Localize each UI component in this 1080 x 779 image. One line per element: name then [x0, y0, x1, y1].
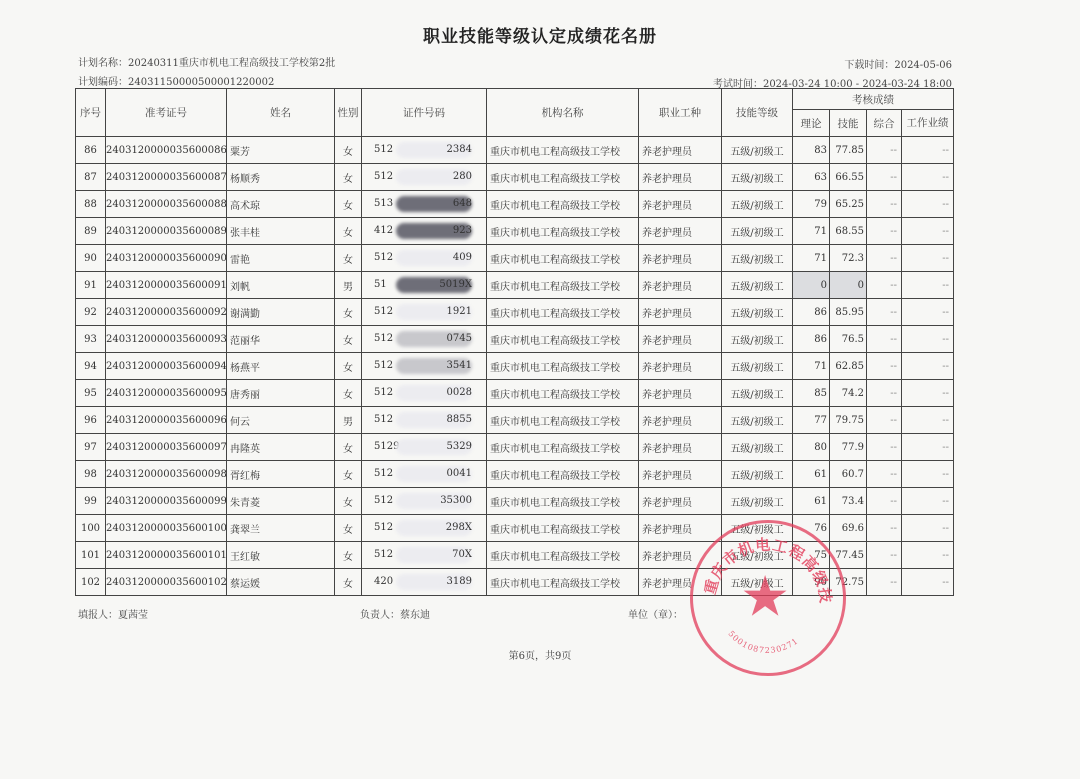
cell-work: --: [902, 461, 954, 488]
cell-skill-level: 五级/初级工: [722, 353, 793, 380]
cell-institution: 重庆市机电工程高级技工学校: [487, 245, 639, 272]
header-ticket: 准考证号: [106, 89, 227, 137]
cell-work: --: [902, 299, 954, 326]
id-suffix: 3541: [447, 360, 472, 371]
cell-comprehensive: --: [867, 299, 902, 326]
cell-gender: 女: [335, 137, 362, 164]
cell-skill: 72.3: [830, 245, 867, 272]
cell-comprehensive: --: [867, 542, 902, 569]
cell-gender: 女: [335, 488, 362, 515]
id-suffix: 0041: [447, 468, 472, 479]
cell-gender: 女: [335, 218, 362, 245]
table-row: 922403120000035600092谢满勤女5121921重庆市机电工程高…: [76, 299, 954, 326]
cell-skill: 72.75: [830, 569, 867, 596]
header-institution: 机构名称: [487, 89, 639, 137]
id-suffix: 5329: [447, 441, 472, 452]
unit-seal-label: 单位（章）：: [628, 606, 683, 621]
cell-theory: 75: [793, 542, 830, 569]
cell-gender: 女: [335, 380, 362, 407]
cell-gender: 女: [335, 461, 362, 488]
pagination: 第6页，共9页: [0, 647, 1080, 662]
cell-work: --: [902, 272, 954, 299]
cell-occupation: 养老护理员: [639, 353, 722, 380]
cell-ticket: 2403120000035600086: [106, 137, 227, 164]
table-row: 982403120000035600098胥红梅女5120041重庆市机电工程高…: [76, 461, 954, 488]
cell-id-number: 5120028: [362, 380, 487, 407]
cell-skill: 65.25: [830, 191, 867, 218]
cell-theory: 83: [793, 137, 830, 164]
cell-ticket: 2403120000035600101: [106, 542, 227, 569]
cell-seq: 91: [76, 272, 106, 299]
cell-gender: 女: [335, 164, 362, 191]
cell-seq: 90: [76, 245, 106, 272]
cell-occupation: 养老护理员: [639, 461, 722, 488]
cell-work: --: [902, 515, 954, 542]
cell-ticket: 2403120000035600087: [106, 164, 227, 191]
cell-occupation: 养老护理员: [639, 380, 722, 407]
cell-institution: 重庆市机电工程高级技工学校: [487, 164, 639, 191]
cell-theory: 85: [793, 380, 830, 407]
cell-ticket: 2403120000035600090: [106, 245, 227, 272]
id-suffix: 298X: [446, 522, 472, 533]
cell-seq: 93: [76, 326, 106, 353]
header-scores-group: 考核成绩: [793, 89, 954, 110]
cell-id-number: 5121921: [362, 299, 487, 326]
cell-seq: 87: [76, 164, 106, 191]
table-row: 992403120000035600099朱青菱女51235300重庆市机电工程…: [76, 488, 954, 515]
header-id-number: 证件号码: [362, 89, 487, 137]
cell-occupation: 养老护理员: [639, 407, 722, 434]
cell-seq: 97: [76, 434, 106, 461]
score-roster-table: 序号 准考证号 姓名 性别 证件号码 机构名称 职业工种 技能等级 考核成绩 理…: [75, 88, 954, 596]
header-gender: 性别: [335, 89, 362, 137]
cell-comprehensive: --: [867, 245, 902, 272]
table-row: 862403120000035600086粟芳女5122384重庆市机电工程高级…: [76, 137, 954, 164]
cell-work: --: [902, 218, 954, 245]
cell-occupation: 养老护理员: [639, 542, 722, 569]
id-suffix: 3189: [447, 576, 472, 587]
cell-skill-level: 五级/初级工: [722, 488, 793, 515]
id-prefix: 512: [374, 252, 393, 263]
cell-seq: 99: [76, 488, 106, 515]
id-suffix: 1921: [447, 306, 472, 317]
cell-work: --: [902, 542, 954, 569]
cell-occupation: 养老护理员: [639, 164, 722, 191]
cell-institution: 重庆市机电工程高级技工学校: [487, 488, 639, 515]
table-row: 882403120000035600088高术琼女513648重庆市机电工程高级…: [76, 191, 954, 218]
id-suffix: 2384: [447, 144, 472, 155]
cell-skill: 77.9: [830, 434, 867, 461]
cell-occupation: 养老护理员: [639, 137, 722, 164]
cell-id-number: 5123541: [362, 353, 487, 380]
cell-comprehensive: --: [867, 569, 902, 596]
cell-skill-level: 五级/初级工: [722, 569, 793, 596]
cell-skill-level: 五级/初级工: [722, 272, 793, 299]
cell-name: 龚翠兰: [227, 515, 335, 542]
document-title: 职业技能等级认定成绩花名册: [0, 22, 1080, 47]
table-row: 942403120000035600094杨燕平女5123541重庆市机电工程高…: [76, 353, 954, 380]
filler-label: 填报人：夏茜莹: [78, 606, 148, 621]
cell-name: 朱青菱: [227, 488, 335, 515]
cell-name: 杨顺秀: [227, 164, 335, 191]
cell-gender: 女: [335, 353, 362, 380]
cell-institution: 重庆市机电工程高级技工学校: [487, 218, 639, 245]
cell-theory: 61: [793, 461, 830, 488]
cell-gender: 女: [335, 434, 362, 461]
cell-work: --: [902, 191, 954, 218]
id-prefix: 512: [374, 306, 393, 317]
cell-name: 刘帆: [227, 272, 335, 299]
cell-id-number: 512298X: [362, 515, 487, 542]
download-time: 下载时间：2024-05-06: [844, 56, 952, 71]
id-suffix: 648: [453, 198, 472, 209]
cell-name: 冉隆英: [227, 434, 335, 461]
cell-name: 王红敏: [227, 542, 335, 569]
header-skill: 技能: [830, 110, 867, 137]
cell-comprehensive: --: [867, 515, 902, 542]
cell-institution: 重庆市机电工程高级技工学校: [487, 515, 639, 542]
cell-skill: 0: [830, 272, 867, 299]
cell-skill-level: 五级/初级工: [722, 326, 793, 353]
cell-institution: 重庆市机电工程高级技工学校: [487, 434, 639, 461]
cell-work: --: [902, 353, 954, 380]
cell-gender: 女: [335, 569, 362, 596]
id-suffix: 5019X: [439, 279, 472, 290]
cell-institution: 重庆市机电工程高级技工学校: [487, 542, 639, 569]
cell-gender: 男: [335, 407, 362, 434]
cell-ticket: 2403120000035600089: [106, 218, 227, 245]
cell-comprehensive: --: [867, 272, 902, 299]
id-suffix: 923: [453, 225, 472, 236]
cell-comprehensive: --: [867, 326, 902, 353]
table-row: 892403120000035600089张丰桂女412923重庆市机电工程高级…: [76, 218, 954, 245]
cell-ticket: 2403120000035600099: [106, 488, 227, 515]
id-prefix: 512: [374, 549, 393, 560]
cell-work: --: [902, 326, 954, 353]
header-work-performance: 工作业绩: [902, 110, 954, 137]
id-suffix: 35300: [440, 495, 472, 506]
cell-skill-level: 五级/初级工: [722, 380, 793, 407]
cell-name: 何云: [227, 407, 335, 434]
cell-gender: 女: [335, 326, 362, 353]
header-seq: 序号: [76, 89, 106, 137]
cell-name: 雷艳: [227, 245, 335, 272]
table-row: 952403120000035600095唐秀丽女5120028重庆市机电工程高…: [76, 380, 954, 407]
cell-skill-level: 五级/初级工: [722, 191, 793, 218]
cell-institution: 重庆市机电工程高级技工学校: [487, 353, 639, 380]
cell-id-number: 51270X: [362, 542, 487, 569]
id-suffix: 0745: [447, 333, 472, 344]
cell-occupation: 养老护理员: [639, 488, 722, 515]
cell-skill: 85.95: [830, 299, 867, 326]
table-row: 1022403120000035600102蔡运媛女4203189重庆市机电工程…: [76, 569, 954, 596]
cell-name: 高术琼: [227, 191, 335, 218]
cell-ticket: 2403120000035600095: [106, 380, 227, 407]
cell-institution: 重庆市机电工程高级技工学校: [487, 407, 639, 434]
cell-work: --: [902, 407, 954, 434]
leader-label: 负责人：蔡东迪: [360, 606, 430, 621]
table-row: 872403120000035600087杨顺秀女512280重庆市机电工程高级…: [76, 164, 954, 191]
cell-id-number: 5120745: [362, 326, 487, 353]
cell-skill: 69.6: [830, 515, 867, 542]
id-suffix: 280: [453, 171, 472, 182]
roster-page: 职业技能等级认定成绩花名册 计划名称：20240311重庆市机电工程高级技工学校…: [0, 0, 1080, 779]
cell-work: --: [902, 245, 954, 272]
id-prefix: 512: [374, 144, 393, 155]
cell-skill: 79.75: [830, 407, 867, 434]
id-prefix: 420: [374, 576, 393, 587]
cell-id-number: 512409: [362, 245, 487, 272]
plan-name: 计划名称：20240311重庆市机电工程高级技工学校第2批: [78, 54, 335, 69]
cell-seq: 98: [76, 461, 106, 488]
cell-work: --: [902, 434, 954, 461]
cell-theory: 86: [793, 326, 830, 353]
cell-skill: 73.4: [830, 488, 867, 515]
cell-work: --: [902, 569, 954, 596]
cell-occupation: 养老护理员: [639, 272, 722, 299]
cell-ticket: 2403120000035600092: [106, 299, 227, 326]
id-prefix: 512: [374, 414, 393, 425]
cell-seq: 94: [76, 353, 106, 380]
table-row: 1012403120000035600101王红敏女51270X重庆市机电工程高…: [76, 542, 954, 569]
cell-skill: 76.5: [830, 326, 867, 353]
cell-skill-level: 五级/初级工: [722, 515, 793, 542]
cell-theory: 80: [793, 434, 830, 461]
cell-skill-level: 五级/初级工: [722, 542, 793, 569]
cell-institution: 重庆市机电工程高级技工学校: [487, 461, 639, 488]
cell-ticket: 2403120000035600091: [106, 272, 227, 299]
cell-gender: 女: [335, 245, 362, 272]
cell-comprehensive: --: [867, 380, 902, 407]
cell-id-number: 4203189: [362, 569, 487, 596]
cell-ticket: 2403120000035600094: [106, 353, 227, 380]
cell-ticket: 2403120000035600100: [106, 515, 227, 542]
cell-gender: 女: [335, 515, 362, 542]
id-prefix: 512: [374, 495, 393, 506]
cell-theory: 71: [793, 218, 830, 245]
id-prefix: 512: [374, 171, 393, 182]
cell-seq: 86: [76, 137, 106, 164]
cell-occupation: 养老护理员: [639, 191, 722, 218]
cell-id-number: 412923: [362, 218, 487, 245]
id-prefix: 512: [374, 387, 393, 398]
cell-name: 胥红梅: [227, 461, 335, 488]
cell-seq: 96: [76, 407, 106, 434]
cell-institution: 重庆市机电工程高级技工学校: [487, 191, 639, 218]
cell-ticket: 2403120000035600102: [106, 569, 227, 596]
cell-work: --: [902, 137, 954, 164]
plan-code: 计划编码：24031150000500001220002: [78, 73, 274, 88]
table-row: 1002403120000035600100龚翠兰女512298X重庆市机电工程…: [76, 515, 954, 542]
table-row: 902403120000035600090雷艳女512409重庆市机电工程高级技…: [76, 245, 954, 272]
cell-occupation: 养老护理员: [639, 218, 722, 245]
id-suffix: 8855: [447, 414, 472, 425]
cell-skill-level: 五级/初级工: [722, 137, 793, 164]
cell-theory: 63: [793, 164, 830, 191]
cell-skill: 74.2: [830, 380, 867, 407]
roster-body: 862403120000035600086粟芳女5122384重庆市机电工程高级…: [76, 137, 954, 596]
cell-ticket: 2403120000035600096: [106, 407, 227, 434]
cell-id-number: 513648: [362, 191, 487, 218]
cell-gender: 女: [335, 191, 362, 218]
cell-seq: 92: [76, 299, 106, 326]
cell-skill: 62.85: [830, 353, 867, 380]
cell-institution: 重庆市机电工程高级技工学校: [487, 272, 639, 299]
cell-institution: 重庆市机电工程高级技工学校: [487, 326, 639, 353]
cell-theory: 90: [793, 569, 830, 596]
cell-skill-level: 五级/初级工: [722, 299, 793, 326]
cell-institution: 重庆市机电工程高级技工学校: [487, 299, 639, 326]
cell-comprehensive: --: [867, 191, 902, 218]
cell-skill-level: 五级/初级工: [722, 407, 793, 434]
cell-seq: 101: [76, 542, 106, 569]
cell-id-number: 5128855: [362, 407, 487, 434]
cell-comprehensive: --: [867, 407, 902, 434]
cell-name: 蔡运媛: [227, 569, 335, 596]
cell-id-number: 5120041: [362, 461, 487, 488]
cell-theory: 79: [793, 191, 830, 218]
cell-institution: 重庆市机电工程高级技工学校: [487, 380, 639, 407]
cell-skill: 68.55: [830, 218, 867, 245]
cell-id-number: 5122384: [362, 137, 487, 164]
cell-skill: 77.45: [830, 542, 867, 569]
cell-skill: 77.85: [830, 137, 867, 164]
header-skill-level: 技能等级: [722, 89, 793, 137]
cell-skill: 60.7: [830, 461, 867, 488]
header-occupation: 职业工种: [639, 89, 722, 137]
cell-name: 谢满勤: [227, 299, 335, 326]
cell-work: --: [902, 164, 954, 191]
id-suffix: 0028: [447, 387, 472, 398]
cell-comprehensive: --: [867, 461, 902, 488]
cell-ticket: 2403120000035600098: [106, 461, 227, 488]
cell-seq: 88: [76, 191, 106, 218]
cell-seq: 89: [76, 218, 106, 245]
id-suffix: 409: [453, 252, 472, 263]
cell-name: 粟芳: [227, 137, 335, 164]
header-comprehensive: 综合: [867, 110, 902, 137]
cell-comprehensive: --: [867, 218, 902, 245]
cell-id-number: 515019X: [362, 272, 487, 299]
cell-comprehensive: --: [867, 353, 902, 380]
cell-skill-level: 五级/初级工: [722, 245, 793, 272]
cell-occupation: 养老护理员: [639, 326, 722, 353]
table-row: 912403120000035600091刘帆男515019X重庆市机电工程高级…: [76, 272, 954, 299]
cell-seq: 100: [76, 515, 106, 542]
cell-ticket: 2403120000035600097: [106, 434, 227, 461]
header-theory: 理论: [793, 110, 830, 137]
cell-name: 张丰桂: [227, 218, 335, 245]
cell-theory: 77: [793, 407, 830, 434]
table-row: 962403120000035600096何云男5128855重庆市机电工程高级…: [76, 407, 954, 434]
id-prefix: 513: [374, 198, 393, 209]
cell-gender: 女: [335, 542, 362, 569]
cell-occupation: 养老护理员: [639, 515, 722, 542]
cell-comprehensive: --: [867, 488, 902, 515]
cell-theory: 0: [793, 272, 830, 299]
table-row: 932403120000035600093范丽华女5120745重庆市机电工程高…: [76, 326, 954, 353]
cell-id-number: 51295329: [362, 434, 487, 461]
cell-theory: 76: [793, 515, 830, 542]
id-prefix: 512: [374, 333, 393, 344]
cell-institution: 重庆市机电工程高级技工学校: [487, 569, 639, 596]
cell-seq: 102: [76, 569, 106, 596]
cell-id-number: 512280: [362, 164, 487, 191]
cell-theory: 71: [793, 353, 830, 380]
cell-skill: 66.55: [830, 164, 867, 191]
cell-work: --: [902, 488, 954, 515]
id-prefix: 512: [374, 468, 393, 479]
cell-name: 杨燕平: [227, 353, 335, 380]
cell-seq: 95: [76, 380, 106, 407]
cell-theory: 86: [793, 299, 830, 326]
id-prefix: 512: [374, 522, 393, 533]
cell-skill-level: 五级/初级工: [722, 461, 793, 488]
cell-skill-level: 五级/初级工: [722, 164, 793, 191]
cell-skill-level: 五级/初级工: [722, 218, 793, 245]
cell-gender: 男: [335, 272, 362, 299]
cell-name: 唐秀丽: [227, 380, 335, 407]
cell-id-number: 51235300: [362, 488, 487, 515]
id-prefix: 512: [374, 360, 393, 371]
table-row: 972403120000035600097冉隆英女51295329重庆市机电工程…: [76, 434, 954, 461]
cell-comprehensive: --: [867, 137, 902, 164]
cell-theory: 71: [793, 245, 830, 272]
cell-occupation: 养老护理员: [639, 434, 722, 461]
cell-occupation: 养老护理员: [639, 245, 722, 272]
id-prefix: 412: [374, 225, 393, 236]
cell-theory: 61: [793, 488, 830, 515]
cell-comprehensive: --: [867, 434, 902, 461]
id-suffix: 70X: [452, 549, 472, 560]
cell-occupation: 养老护理员: [639, 569, 722, 596]
header-name: 姓名: [227, 89, 335, 137]
cell-name: 范丽华: [227, 326, 335, 353]
cell-comprehensive: --: [867, 164, 902, 191]
cell-gender: 女: [335, 299, 362, 326]
id-prefix: 51: [374, 279, 387, 290]
cell-work: --: [902, 380, 954, 407]
cell-ticket: 2403120000035600088: [106, 191, 227, 218]
cell-occupation: 养老护理员: [639, 299, 722, 326]
cell-institution: 重庆市机电工程高级技工学校: [487, 137, 639, 164]
cell-ticket: 2403120000035600093: [106, 326, 227, 353]
cell-skill-level: 五级/初级工: [722, 434, 793, 461]
